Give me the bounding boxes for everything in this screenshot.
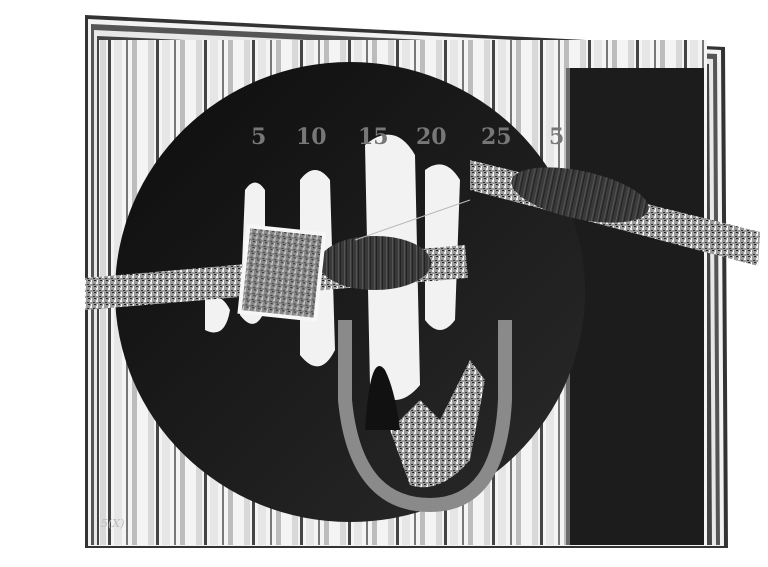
scale-number: 25 — [481, 124, 512, 150]
corner-mark: 5(X) — [101, 517, 124, 530]
scale-number: 15 — [358, 124, 389, 150]
scale-number: 5 — [251, 124, 266, 150]
artwork-canvas — [0, 0, 768, 567]
scale-number: 10 — [296, 124, 327, 150]
scale-number: 20 — [416, 124, 447, 150]
dark-panel-right — [568, 68, 704, 545]
wrapped-cloth-bundle-left — [319, 236, 431, 290]
photo-card — [237, 224, 326, 322]
scale-number: 5 — [549, 124, 564, 150]
